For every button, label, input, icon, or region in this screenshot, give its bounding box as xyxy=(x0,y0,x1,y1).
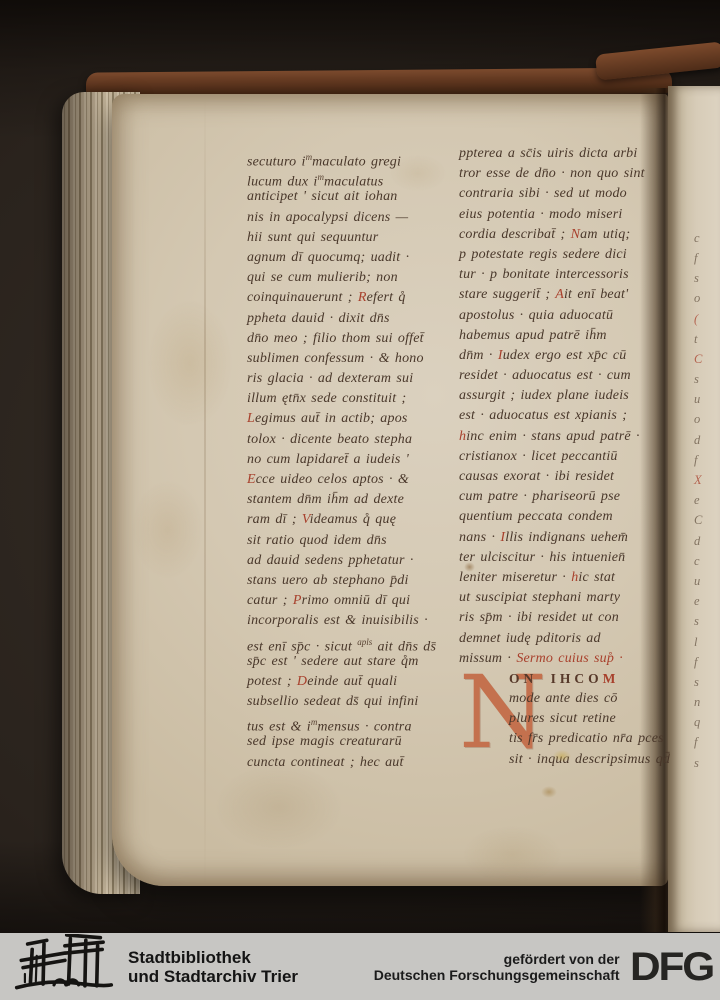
rubricated-text: M xyxy=(603,671,620,686)
facing-fragment: c xyxy=(694,228,718,248)
manuscript-line: cuncta contineat ; hec aut̄ xyxy=(247,753,459,773)
manuscript-line: illum ętn̄x sede constituit ; xyxy=(247,389,459,409)
facing-fragment: e xyxy=(694,490,718,510)
facing-fragment: t xyxy=(694,329,718,349)
facing-fragment: c xyxy=(694,551,718,571)
library-name: Stadtbibliothek und Stadtarchiv Trier xyxy=(128,948,298,986)
manuscript-line: tolox · dicente beato stepha xyxy=(247,430,459,450)
facing-fragment: s xyxy=(694,753,718,773)
rubricated-text: I xyxy=(500,530,505,545)
rubricated-text: N xyxy=(571,227,581,242)
manuscript-line: ppheta dauid · dixit dn̄s xyxy=(247,309,459,329)
manuscript-line: sublimen confessum · & hono xyxy=(247,349,459,369)
library-name-line2: und Stadtarchiv Trier xyxy=(128,967,298,986)
manuscript-line: p potestate regis sedere dici xyxy=(459,245,661,265)
facing-fragment: s xyxy=(694,369,718,389)
facing-fragment xyxy=(694,167,718,187)
facing-fragment: ( xyxy=(694,309,718,329)
decorated-initial-letter: N xyxy=(459,669,509,767)
manuscript-line: lucum dux immaculatus xyxy=(247,167,459,187)
facing-fragment: s xyxy=(694,672,718,692)
manuscript-line: dn̄m · Iudex ergo est xp̄c cū xyxy=(459,346,661,366)
manuscript-line: demnet iudę pditoris ad xyxy=(459,629,661,649)
manuscript-line: no cum lapidaret̄ a iudeis ' xyxy=(247,450,459,470)
manuscript-line: incorporalis est & inuisibilis · xyxy=(247,611,459,631)
facing-fragment: s xyxy=(694,268,718,288)
manuscript-line: hinc enim · stans apud patrē · xyxy=(459,427,661,447)
facing-fragment xyxy=(694,187,718,207)
rubricated-text: D xyxy=(297,674,307,689)
rubricated-text: I xyxy=(498,348,503,363)
rubricated-text: A xyxy=(555,287,564,302)
manuscript-line: stans uero ab stephano p̄di xyxy=(247,571,459,591)
manuscript-left-column: secuturo immaculato gregilucum dux immac… xyxy=(247,147,459,773)
facing-page-text-fragments: cfso(tCsuodfXeCdcueslfsnqfs xyxy=(694,147,718,773)
manuscript-line: nans · Illis indignans uehem̄ xyxy=(459,528,661,548)
manuscript-line: residet · aduocatus est · cum xyxy=(459,366,661,386)
manuscript-line: agnum dī quocumq; uadit · xyxy=(247,248,459,268)
manuscript-line: assurgit ; iudex plane iudeis xyxy=(459,386,661,406)
facing-fragment: s xyxy=(694,611,718,631)
library-name-line1: Stadtbibliothek xyxy=(128,948,298,967)
funding-line1: gefördert von der xyxy=(374,951,620,967)
manuscript-line: eius potentia · modo miseri xyxy=(459,205,661,225)
manuscript-line: Legimus aut̄ in actib; apos xyxy=(247,409,459,429)
manuscript-line: habemus apud patrē ih̄m xyxy=(459,326,661,346)
manuscript-line: tur · p bonitate intercessoris xyxy=(459,265,661,285)
facing-fragment: C xyxy=(694,349,718,369)
interlinear-gloss: m xyxy=(311,717,318,727)
manuscript-line: potest ; Deinde aut̄ quali xyxy=(247,672,459,692)
manuscript-line: tus est & immensus · contra xyxy=(247,712,459,732)
facing-fragment: o xyxy=(694,409,718,429)
interlinear-gloss: apls xyxy=(357,637,372,647)
manuscript-line: secuturo immaculato gregi xyxy=(247,147,459,167)
manuscript-line: ut suscipiat stephani marty xyxy=(459,588,661,608)
manuscript-line: anticipet ' sicut ait iohan xyxy=(247,187,459,207)
facing-fragment: f xyxy=(694,248,718,268)
facing-fragment: f xyxy=(694,450,718,470)
manuscript-line: stare suggerit̄ ; Ait enī beat' xyxy=(459,285,661,305)
funding-credit: gefördert von der Deutschen Forschungsge… xyxy=(374,951,620,983)
facing-fragment: d xyxy=(694,531,718,551)
manuscript-line: sed ipse magis creaturarū xyxy=(247,732,459,752)
rubricated-text: R xyxy=(358,290,367,305)
facing-fragment: e xyxy=(694,591,718,611)
manuscript-line: hii sunt qui sequuntur xyxy=(247,228,459,248)
rubricated-text: P xyxy=(293,593,302,608)
rubricated-text: E xyxy=(247,472,256,487)
facing-fragment: X xyxy=(694,470,718,490)
manuscript-line: apostolus · quia aduocatū xyxy=(459,306,661,326)
manuscript-line: cum patre · phariseorū pse xyxy=(459,487,661,507)
rubricated-text: h xyxy=(571,570,578,585)
manuscript-line: est enī sp̄c · sicut apls ait dn̄s ds̄ xyxy=(247,632,459,652)
dfg-logo: DFG xyxy=(630,947,713,987)
facing-fragment: o xyxy=(694,288,718,308)
manuscript-line: ris glacia · ad dexteram sui xyxy=(247,369,459,389)
manuscript-line: Ecce uideo celos aptos · & xyxy=(247,470,459,490)
manuscript-line: contraria sibi · sed ut modo xyxy=(459,184,661,204)
rubricated-text: X xyxy=(694,473,702,487)
manuscript-line: dn̄o meo ; filio thom sui offet̄ xyxy=(247,329,459,349)
interlinear-gloss: m xyxy=(306,152,313,162)
manuscript-line: sit ratio quod idem dn̄s xyxy=(247,531,459,551)
decorated-initial-block: NON IHCOMmode ante dies cōplures sicut r… xyxy=(459,669,661,770)
porta-nigra-logo-icon xyxy=(12,934,116,999)
facing-fragment: n xyxy=(694,692,718,712)
interlinear-gloss: m xyxy=(318,172,325,182)
manuscript-right-column: ppterea a sc̄is uiris dicta arbitror ess… xyxy=(459,144,661,770)
photo-background: secuturo immaculato gregilucum dux immac… xyxy=(0,0,720,1000)
manuscript-line: quentium peccata condem xyxy=(459,507,661,527)
manuscript-line: ris sp̄m · ibi residet ut con xyxy=(459,608,661,628)
manuscript-line: qui se cum mulierib; non xyxy=(247,268,459,288)
manuscript-line: stantem dn̄m ih̄m ad dexte xyxy=(247,490,459,510)
facing-fragment: q xyxy=(694,712,718,732)
facing-fragment xyxy=(694,208,718,228)
facing-fragment: d xyxy=(694,430,718,450)
facing-fragment: u xyxy=(694,389,718,409)
rubricated-text: ( xyxy=(694,312,698,326)
footer-banner: Stadtbibliothek und Stadtarchiv Trier ge… xyxy=(0,933,720,1000)
facing-fragment: f xyxy=(694,652,718,672)
facing-fragment: l xyxy=(694,632,718,652)
rubricated-text: C xyxy=(694,352,702,366)
facing-fragment: C xyxy=(694,510,718,530)
manuscript-line: cristianox · licet peccantiū xyxy=(459,447,661,467)
funding-line2: Deutschen Forschungsgemeinschaft xyxy=(374,967,620,983)
rubricated-text: V xyxy=(302,512,310,527)
rubricated-text: L xyxy=(247,411,255,426)
rubricated-text: h xyxy=(459,429,466,444)
manuscript-line: ppterea a sc̄is uiris dicta arbi xyxy=(459,144,661,164)
manuscript-line: leniter miseretur · hic stat xyxy=(459,568,661,588)
manuscript-line: ram dī ; Videamus q̊ quę xyxy=(247,510,459,530)
facing-fragment xyxy=(694,147,718,167)
manuscript-line: cordia describat̄ ; Nam utiq; xyxy=(459,225,661,245)
manuscript-line: catur ; Primo omniū dī qui xyxy=(247,591,459,611)
facing-fragment: u xyxy=(694,571,718,591)
manuscript-line: sp̄c est ' sedere aut stare q̊m xyxy=(247,652,459,672)
manuscript-line: tror esse de dn̄o · non quo sint xyxy=(459,164,661,184)
manuscript-line: subsellio sedeat ds̄ qui infini xyxy=(247,692,459,712)
facing-fragment: f xyxy=(694,732,718,752)
manuscript-line: ter ulciscitur · his intuenien̄ xyxy=(459,548,661,568)
manuscript-line: nis in apocalypsi dicens — xyxy=(247,208,459,228)
manuscript-line: coinquinauerunt ; Refert q̊ xyxy=(247,288,459,308)
manuscript-line: causas exorat · ibi residet xyxy=(459,467,661,487)
manuscript-line: ad dauid sedens pphetatur · xyxy=(247,551,459,571)
manuscript-line: est · aduocatus est xpianis ; xyxy=(459,406,661,426)
